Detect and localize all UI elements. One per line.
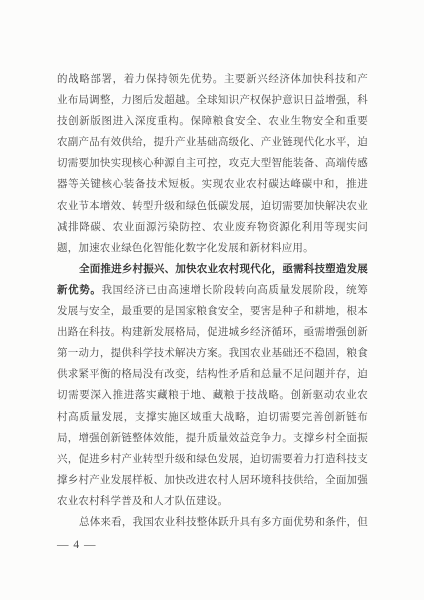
text-line: 村高质量发展，支撑实施区域重大战略，迫切需要完善创新链布 [57, 407, 368, 428]
text-line: 局，增强创新链整体效能，提升质量效益竞争力。支撑乡村全面振 [57, 428, 368, 449]
bold-run: 新优势。 [57, 285, 102, 296]
text-line: 技创新版图进入深度重构。保障粮食安全、农业生物安全和重要 [57, 111, 368, 132]
text-line-heading-bold: 全面推进乡村振兴、加快农业农村现代化，亟需科技塑造发展 [57, 259, 368, 280]
text-line: 兴，促进乡村产业转型升级和绿色发展，迫切需要着力打造科技支 [57, 449, 368, 470]
text-line: 农副产品有效供给，提升产业基础高级化、产业链现代化水平，迫 [57, 132, 368, 153]
text-line: 出路在科技。构建新发展格局，促进城乡经济循环，亟需增强创新 [57, 322, 368, 343]
text-line-mixed: 新优势。我国经济已由高速增长阶段转向高质量发展阶段，统筹 [57, 280, 368, 301]
text-line: 供求紧平衡的格局没有改变，结构性矛盾和总量不足问题并存，迫 [57, 364, 368, 385]
text-line: 的战略部署，着力保持领先优势。主要新兴经济体加快科技和产 [57, 69, 368, 90]
document-page: 的战略部署，着力保持领先优势。主要新兴经济体加快科技和产 业布局调整，力图后发超… [0, 0, 424, 600]
normal-run: 我国经济已由高速增长阶段转向高质量发展阶段，统筹 [102, 285, 369, 296]
body-text: 的战略部署，着力保持领先优势。主要新兴经济体加快科技和产 业布局调整，力图后发超… [57, 69, 368, 533]
text-line-paragraph-end: 农业农村科学普及和人才队伍建设。 [57, 491, 368, 512]
text-line: 撑乡村产业发展样板、加快改进农村人居环境科技供给，全面加强 [57, 470, 368, 491]
text-line: 器等关键核心装备技术短板。实现农业农村碳达峰碳中和，推进 [57, 174, 368, 195]
text-line: 切需要深入推进落实藏粮于地、藏粮于技战略。创新驱动农业农 [57, 385, 368, 406]
text-line: 切需要加快实现核心种源自主可控，攻克大型智能装备、高端传感 [57, 153, 368, 174]
text-line: 减排降碳、农业面源污染防控、农业废弃物资源化利用等现实问 [57, 217, 368, 238]
text-line: 农业节本增效、转型升级和绿色低碳发展，迫切需要加快解决农业 [57, 196, 368, 217]
text-line: 第一动力，提供科学技术解决方案。我国农业基础还不稳固，粮食 [57, 343, 368, 364]
page-number: — 4 — [57, 538, 97, 553]
text-line: 业布局调整，力图后发超越。全球知识产权保护意识日益增强，科 [57, 90, 368, 111]
text-line: 发展与安全，最重要的是国家粮食安全，要害是种子和耕地，根本 [57, 301, 368, 322]
text-line-paragraph-end: 题，加速农业绿色化智能化数字化发展和新材料应用。 [57, 238, 368, 259]
text-line-last: 总体来看，我国农业科技整体跃升具有多方面优势和条件，但 [57, 512, 368, 533]
